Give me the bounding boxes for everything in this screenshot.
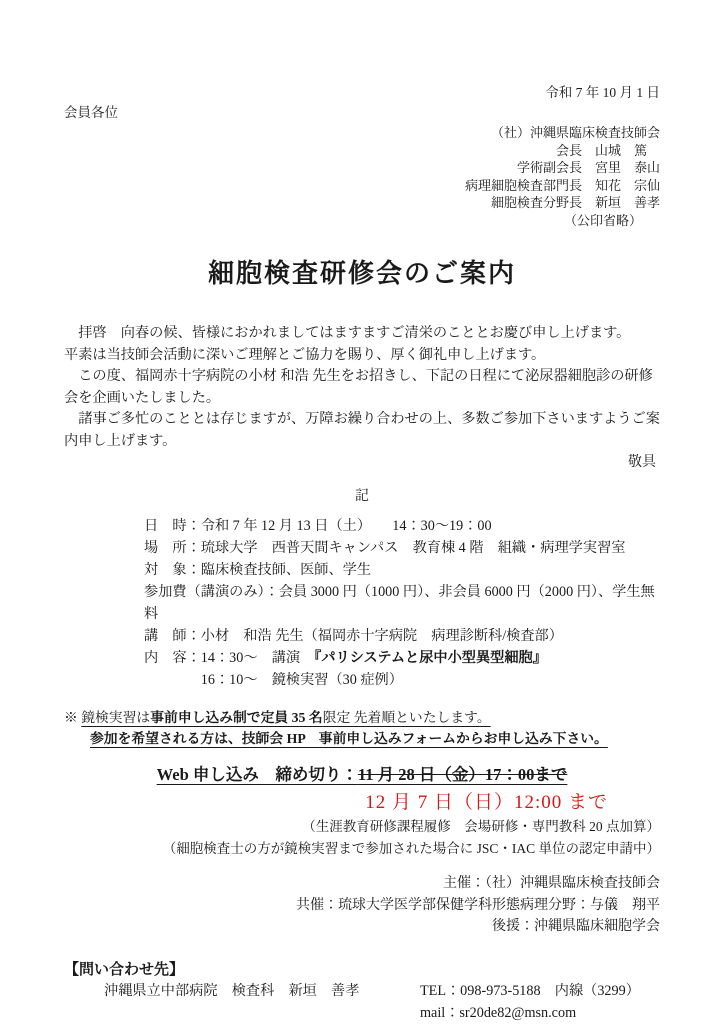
organizer-line-host: 主催：（社）沖縄県臨床検査技師会 — [64, 873, 660, 895]
detail-row-content-2: 16：10～ 鏡検実習（30 症例） — [144, 669, 660, 691]
detail-row-place: 場 所：琉球大学 西普天間キャンパス 教育棟 4 階 組織・病理学実習室 — [144, 537, 660, 559]
notes-section: ※ 鏡検実習は事前申し込み制で定員 35 名限定 先着順といたします。 参加を希… — [64, 707, 660, 749]
content-prefix: 内 容：14：30～ 講演 — [144, 650, 314, 666]
note-line-2: 参加を希望される方は、技師会 HP 事前申し込みフォームからお申し込み下さい。 — [90, 728, 660, 749]
contact-heading: 【問い合わせ先】 — [64, 960, 660, 982]
greeting-body: 拝啓 向春の候、皆様におかれましてはますますご清栄のこととお慶び申し上げます。 … — [64, 323, 660, 452]
detail-row-lecturer: 講 師：小材 和浩 先生（福岡赤十字病院 病理診断科/検査部） — [144, 625, 660, 647]
contact-grid: 沖縄県立中部病院 検査科 新垣 善孝 TEL：098-973-5188 内線（3… — [64, 981, 660, 1024]
credit-line-education: （生涯教育研修課程履修 会場研修・専門教科 20 点加算） — [64, 816, 660, 838]
sender-vice-president: 学術副会長 宮里 泰山 — [64, 159, 660, 177]
credit-line-jsc-iac: （細胞検査士の方が鏡検実習まで参加された場合に JSC・IAC 単位の認定申請中… — [64, 838, 660, 860]
sender-block: （社）沖縄県臨床検査技師会 会長 山城 篤 学術副会長 宮里 泰山 病理細胞検査… — [64, 124, 660, 229]
old-deadline-strikethrough: 11 月 28 日（金）17：00まで — [358, 765, 567, 784]
note-line-1: ※ 鏡検実習は事前申し込み制で定員 35 名限定 先着順といたします。 — [64, 707, 660, 728]
note-1-pre: 鏡検実習は — [81, 710, 150, 725]
contact-spacer — [64, 1003, 420, 1024]
detail-row-fee: 参加費（講演のみ）：会員 3000 円（1000 円）、非会員 6000 円（2… — [144, 581, 660, 625]
note-1-text: 鏡検実習は事前申し込み制で定員 35 名限定 先着順といたします。 — [81, 710, 490, 725]
note-1-post: 限定 先着順といたします。 — [323, 710, 491, 725]
contact-section: 【問い合わせ先】 沖縄県立中部病院 検査科 新垣 善孝 TEL：098-973-… — [64, 960, 660, 1024]
lecture-title: 『パリシステムと尿中小型異型細胞』 — [314, 650, 547, 666]
greeting-paragraph-2: 平素は当技師会活動に深いご理解とご協力を賜り、厚く御礼申し上げます。 — [64, 345, 660, 367]
document-title: 細胞検査研修会のご案内 — [64, 257, 660, 291]
note-marker: ※ — [64, 710, 81, 725]
addressee: 会員各位 — [64, 104, 660, 122]
note-1-bold: 事前申し込み制で定員 35 名 — [150, 710, 322, 725]
note-2-text: 参加を希望される方は、技師会 HP 事前申し込みフォームからお申し込み下さい。 — [90, 731, 608, 746]
web-deadline-prefix: Web 申し込み 締め切り： — [157, 765, 358, 784]
organizer-line-cohost: 共催：琉球大学医学部保健学科形態病理分野：与儀 翔平 — [64, 895, 660, 917]
credit-paren-lines: （生涯教育研修課程履修 会場研修・専門教科 20 点加算） （細胞検査士の方が鏡… — [64, 816, 660, 859]
record-mark: 記 — [64, 486, 660, 508]
greeting-paragraph-3: この度、福岡赤十字病院の小材 和浩 先生をお招きし、下記の日程にて泌尿器細胞診の… — [64, 366, 660, 409]
document-page: 令和 7 年 10 月 1 日 会員各位 （社）沖縄県臨床検査技師会 会長 山城… — [0, 0, 724, 1024]
sender-org: （社）沖縄県臨床検査技師会 — [64, 124, 660, 142]
detail-row-audience: 対 象：臨床検査技師、医師、学生 — [144, 559, 660, 581]
detail-row-datetime: 日 時：令和 7 年 12 月 13 日（土） 14：30～19：00 — [144, 515, 660, 537]
contact-name: 沖縄県立中部病院 検査科 新垣 善孝 — [64, 981, 420, 1003]
web-deadline-line: Web 申し込み 締め切り：11 月 28 日（金）17：00まで — [64, 763, 660, 787]
closing-keigu: 敬具 — [64, 452, 660, 474]
organizer-line-support: 後援：沖縄県臨床細胞学会 — [64, 916, 660, 938]
sender-field-chief: 細胞検査分野長 新垣 善孝 — [64, 194, 660, 212]
details-list: 日 時：令和 7 年 12 月 13 日（土） 14：30～19：00 場 所：… — [144, 515, 660, 691]
greeting-paragraph-1: 拝啓 向春の候、皆様におかれましてはますますご清栄のこととお慶び申し上げます。 — [64, 323, 660, 345]
greeting-paragraph-4: 諸事ご多忙のこととは存じますが、万障お繰り合わせの上、多数ご参加下さいますようご… — [64, 409, 660, 452]
letter-date: 令和 7 年 10 月 1 日 — [64, 84, 660, 102]
contact-tel: TEL：098-973-5188 内線（3299） — [420, 981, 660, 1003]
detail-row-content-1: 内 容：14：30～ 講演 『パリシステムと尿中小型異型細胞』 — [144, 647, 660, 669]
organizer-block: 主催：（社）沖縄県臨床検査技師会 共催：琉球大学医学部保健学科形態病理分野：与儀… — [64, 873, 660, 938]
contact-mail: mail：sr20de82@msn.com — [420, 1003, 660, 1024]
sender-dept-chief: 病理細胞検査部門長 知花 宗仙 — [64, 177, 660, 195]
seal-omitted-note: （公印省略） — [64, 212, 660, 230]
sender-president: 会長 山城 篤 — [64, 142, 660, 160]
new-deadline-red: 12 月 7 日（日）12:00 まで — [64, 790, 660, 816]
